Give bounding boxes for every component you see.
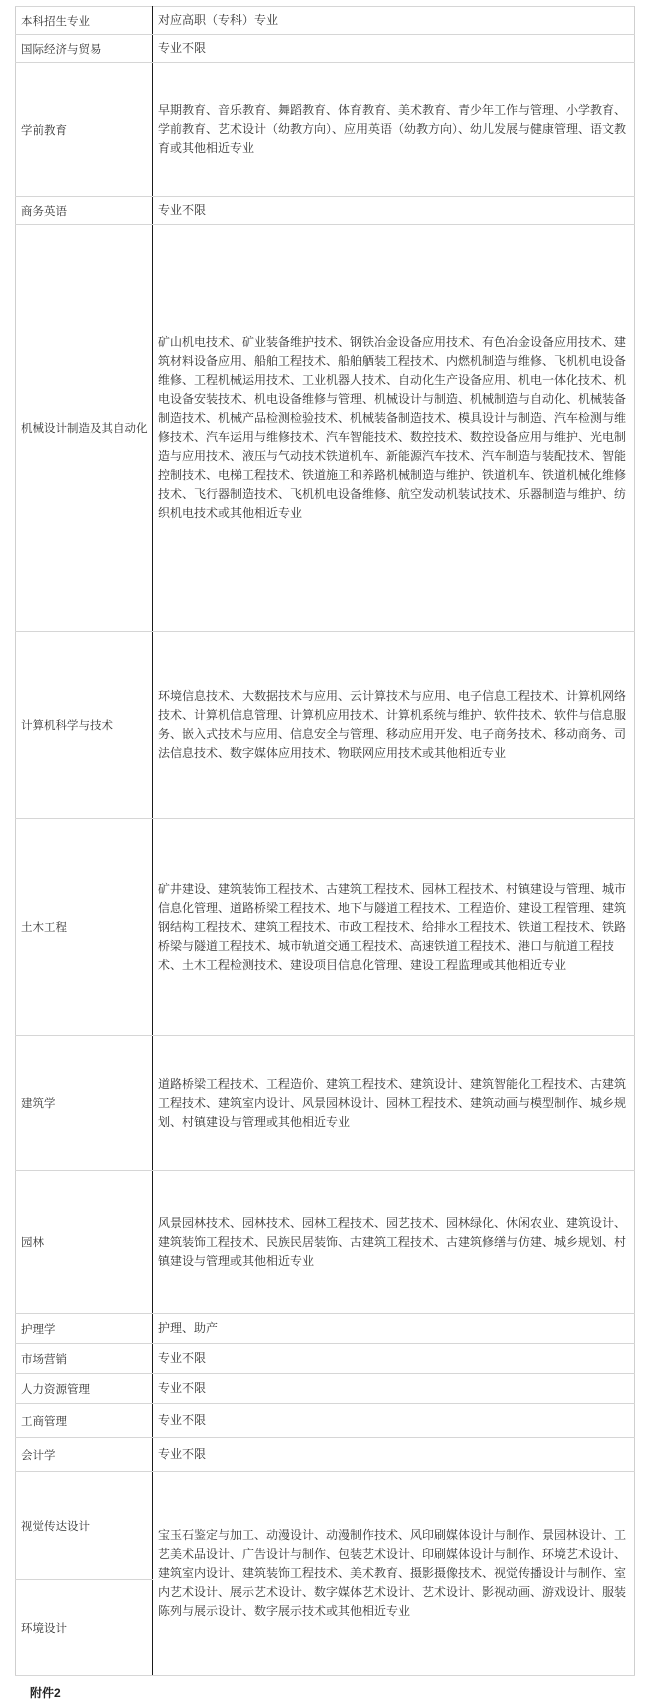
footer: 附件2 退役大学生士兵免试综合考查办法 xyxy=(30,1685,649,1707)
major-name-cell: 市场营销 xyxy=(16,1344,153,1374)
corresponding-majors-cell: 环境信息技术、大数据技术与应用、云计算技术与应用、电子信息工程技术、计算机网络技… xyxy=(153,632,635,819)
major-name-cell: 工商管理 xyxy=(16,1404,153,1438)
corresponding-majors-merged-cell: 宝玉石鉴定与加工、动漫设计、动漫制作技术、风印刷媒体设计与制作、景园林设计、工艺… xyxy=(153,1472,635,1676)
major-name-cell: 土木工程 xyxy=(16,819,153,1036)
corresponding-majors-cell: 矿山机电技术、矿业装备维护技术、钢铁冶金设备应用技术、有色冶金设备应用技术、建筑… xyxy=(153,225,635,632)
major-name-cell: 园林 xyxy=(16,1171,153,1314)
major-name-cell: 视觉传达设计 xyxy=(16,1472,153,1580)
table-row: 人力资源管理 专业不限 xyxy=(16,1374,635,1404)
corresponding-majors-cell: 专业不限 xyxy=(153,1374,635,1404)
table-row: 建筑学 道路桥梁工程技术、工程造价、建筑工程技术、建筑设计、建筑智能化工程技术、… xyxy=(16,1036,635,1171)
table-row: 会计学 专业不限 xyxy=(16,1438,635,1472)
corresponding-majors-cell: 专业不限 xyxy=(153,197,635,225)
corresponding-majors-cell: 矿井建设、建筑装饰工程技术、古建筑工程技术、园林工程技术、村镇建设与管理、城市信… xyxy=(153,819,635,1036)
corresponding-majors-cell: 护理、助产 xyxy=(153,1314,635,1344)
major-name-cell: 护理学 xyxy=(16,1314,153,1344)
corresponding-majors-cell: 专业不限 xyxy=(153,1438,635,1472)
major-name-cell: 学前教育 xyxy=(16,63,153,197)
table-row: 商务英语 专业不限 xyxy=(16,197,635,225)
major-name-cell: 机械设计制造及其自动化 xyxy=(16,225,153,632)
major-name-cell: 国际经济与贸易 xyxy=(16,35,153,63)
table-row: 市场营销 专业不限 xyxy=(16,1344,635,1374)
majors-mapping-table: 本科招生专业 对应高职（专科）专业 国际经济与贸易 专业不限 学前教育 早期教育… xyxy=(15,6,635,1676)
table-row: 土木工程 矿井建设、建筑装饰工程技术、古建筑工程技术、园林工程技术、村镇建设与管… xyxy=(16,819,635,1036)
header-vocational-major: 对应高职（专科）专业 xyxy=(153,7,635,35)
table-row-visual-design: 视觉传达设计 宝玉石鉴定与加工、动漫设计、动漫制作技术、风印刷媒体设计与制作、景… xyxy=(16,1472,635,1580)
major-name-cell: 会计学 xyxy=(16,1438,153,1472)
major-name-cell: 建筑学 xyxy=(16,1036,153,1171)
table-row: 国际经济与贸易 专业不限 xyxy=(16,35,635,63)
table-row: 计算机科学与技术 环境信息技术、大数据技术与应用、云计算技术与应用、电子信息工程… xyxy=(16,632,635,819)
table-header-row: 本科招生专业 对应高职（专科）专业 xyxy=(16,7,635,35)
corresponding-majors-cell: 专业不限 xyxy=(153,1344,635,1374)
corresponding-majors-cell: 道路桥梁工程技术、工程造价、建筑工程技术、建筑设计、建筑智能化工程技术、古建筑工… xyxy=(153,1036,635,1171)
table-row: 机械设计制造及其自动化 矿山机电技术、矿业装备维护技术、钢铁冶金设备应用技术、有… xyxy=(16,225,635,632)
major-name-cell: 计算机科学与技术 xyxy=(16,632,153,819)
table-row: 园林 风景园林技术、园林技术、园林工程技术、园艺技术、园林绿化、休闲农业、建筑设… xyxy=(16,1171,635,1314)
corresponding-majors-cell: 风景园林技术、园林技术、园林工程技术、园艺技术、园林绿化、休闲农业、建筑设计、建… xyxy=(153,1171,635,1314)
attachment-label: 附件2 xyxy=(30,1685,649,1701)
table-row: 护理学 护理、助产 xyxy=(16,1314,635,1344)
corresponding-majors-cell: 专业不限 xyxy=(153,1404,635,1438)
header-undergrad-major: 本科招生专业 xyxy=(16,7,153,35)
corresponding-majors-cell: 早期教育、音乐教育、舞蹈教育、体育教育、美术教育、青少年工作与管理、小学教育、学… xyxy=(153,63,635,197)
major-name-cell: 商务英语 xyxy=(16,197,153,225)
major-name-cell: 人力资源管理 xyxy=(16,1374,153,1404)
corresponding-majors-cell: 专业不限 xyxy=(153,35,635,63)
major-name-cell: 环境设计 xyxy=(16,1580,153,1676)
table-row: 学前教育 早期教育、音乐教育、舞蹈教育、体育教育、美术教育、青少年工作与管理、小… xyxy=(16,63,635,197)
table-row: 工商管理 专业不限 xyxy=(16,1404,635,1438)
